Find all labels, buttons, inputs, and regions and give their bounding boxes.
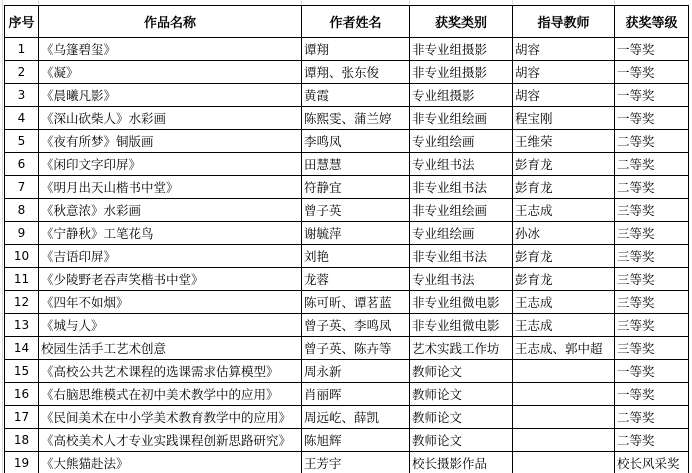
cell-no[interactable]: 19 xyxy=(5,452,39,473)
cell-teacher[interactable] xyxy=(513,429,615,452)
cell-award[interactable]: 二等奖 xyxy=(615,176,689,199)
table-row: 11《少陵野老吞声笑楷书中堂》龙蓉专业组书法彭育龙三等奖 xyxy=(5,268,689,291)
cell-author[interactable]: 谢毓萍 xyxy=(302,222,410,245)
cell-work[interactable]: 《闲印文字印屏》 xyxy=(39,153,302,176)
cell-teacher[interactable]: 胡容 xyxy=(513,38,615,61)
cell-work[interactable]: 《四年不如烟》 xyxy=(39,291,302,314)
cell-no[interactable]: 14 xyxy=(5,337,39,360)
cell-work[interactable]: 《民间美术在中小学美术教育教学中的应用》 xyxy=(39,406,302,429)
cell-no[interactable]: 13 xyxy=(5,314,39,337)
cell-work[interactable]: 《明月出天山楷书中堂》 xyxy=(39,176,302,199)
header-row: 序号 作品名称 作者姓名 获奖类别 指导教师 获奖等级 xyxy=(5,6,689,38)
cell-teacher[interactable]: 王志成 xyxy=(513,199,615,222)
table-row: 17《民间美术在中小学美术教育教学中的应用》周远屹、薛凯教师论文二等奖 xyxy=(5,406,689,429)
header-category[interactable]: 获奖类别 xyxy=(410,6,513,38)
cell-work[interactable]: 《高校公共艺术课程的选课需求估算模型》 xyxy=(39,360,302,383)
table-row: 14校园生活手工艺术创意曾子英、陈卉等艺术实践工作坊王志成、郭中超三等奖 xyxy=(5,337,689,360)
cell-author[interactable]: 陈可昕、谭茗蓝 xyxy=(302,291,410,314)
cell-award[interactable]: 三等奖 xyxy=(615,222,689,245)
cell-no[interactable]: 17 xyxy=(5,406,39,429)
cell-no[interactable]: 6 xyxy=(5,153,39,176)
cell-category[interactable]: 非专业组摄影 xyxy=(410,61,513,84)
cell-no[interactable]: 7 xyxy=(5,176,39,199)
header-teacher[interactable]: 指导教师 xyxy=(513,6,615,38)
cell-teacher[interactable] xyxy=(513,360,615,383)
table-row: 7《明月出天山楷书中堂》符静宜非专业组书法彭育龙二等奖 xyxy=(5,176,689,199)
cell-category[interactable]: 专业组绘画 xyxy=(410,130,513,153)
cell-category[interactable]: 非专业组微电影 xyxy=(410,291,513,314)
cell-award[interactable]: 一等奖 xyxy=(615,360,689,383)
cell-no[interactable]: 10 xyxy=(5,245,39,268)
table-row: 16《右脑思维模式在初中美术教学中的应用》肖丽晖教师论文一等奖 xyxy=(5,383,689,406)
cell-award[interactable]: 二等奖 xyxy=(615,153,689,176)
cell-author[interactable]: 谭翔、张东俊 xyxy=(302,61,410,84)
cell-category[interactable]: 专业组书法 xyxy=(410,268,513,291)
cell-category[interactable]: 专业组绘画 xyxy=(410,222,513,245)
cell-author[interactable]: 周远屹、薛凯 xyxy=(302,406,410,429)
cell-author[interactable]: 肖丽晖 xyxy=(302,383,410,406)
cell-category[interactable]: 教师论文 xyxy=(410,360,513,383)
cell-author[interactable]: 谭翔 xyxy=(302,38,410,61)
cell-award[interactable]: 二等奖 xyxy=(615,429,689,452)
cell-work[interactable]: 《秋意浓》水彩画 xyxy=(39,199,302,222)
cell-work[interactable]: 《宁静秋》工笔花鸟 xyxy=(39,222,302,245)
cell-author[interactable]: 田慧慧 xyxy=(302,153,410,176)
table-row: 5《夜有所梦》铜版画李鸣凤专业组绘画王维荣二等奖 xyxy=(5,130,689,153)
cell-category[interactable]: 非专业组书法 xyxy=(410,245,513,268)
cell-no[interactable]: 15 xyxy=(5,360,39,383)
cell-author[interactable]: 符静宜 xyxy=(302,176,410,199)
cell-work[interactable]: 《晨曦凡影》 xyxy=(39,84,302,107)
cell-category[interactable]: 非专业组微电影 xyxy=(410,314,513,337)
table-row: 4《深山砍柴人》水彩画陈熙雯、蒲兰婷非专业组绘画程宝刚一等奖 xyxy=(5,107,689,130)
cell-no[interactable]: 3 xyxy=(5,84,39,107)
table-row: 19《大熊猫赴法》王芳宇校长摄影作品校长风采奖 xyxy=(5,452,689,473)
cell-award[interactable]: 三等奖 xyxy=(615,337,689,360)
cell-author[interactable]: 龙蓉 xyxy=(302,268,410,291)
cell-author[interactable]: 陈熙雯、蒲兰婷 xyxy=(302,107,410,130)
cell-author[interactable]: 王芳宇 xyxy=(302,452,410,473)
table-row: 3《晨曦凡影》黄霞专业组摄影胡容一等奖 xyxy=(5,84,689,107)
cell-award[interactable]: 二等奖 xyxy=(615,406,689,429)
cell-award[interactable]: 一等奖 xyxy=(615,61,689,84)
cell-work[interactable]: 《乌篷碧玺》 xyxy=(39,38,302,61)
cell-author[interactable]: 李鸣凤 xyxy=(302,130,410,153)
cell-no[interactable]: 12 xyxy=(5,291,39,314)
cell-no[interactable]: 2 xyxy=(5,61,39,84)
cell-award[interactable]: 二等奖 xyxy=(615,130,689,153)
table-row: 2《凝》谭翔、张东俊非专业组摄影胡容一等奖 xyxy=(5,61,689,84)
cell-teacher[interactable]: 彭育龙 xyxy=(513,176,615,199)
cell-category[interactable]: 校长摄影作品 xyxy=(410,452,513,473)
cell-teacher[interactable] xyxy=(513,383,615,406)
cell-teacher[interactable]: 胡容 xyxy=(513,84,615,107)
cell-category[interactable]: 教师论文 xyxy=(410,383,513,406)
cell-author[interactable]: 曾子英 xyxy=(302,199,410,222)
cell-author[interactable]: 黄霞 xyxy=(302,84,410,107)
cell-category[interactable]: 艺术实践工作坊 xyxy=(410,337,513,360)
award-table: 序号 作品名称 作者姓名 获奖类别 指导教师 获奖等级 1《乌篷碧玺》谭翔非专业… xyxy=(4,5,689,473)
table-row: 15《高校公共艺术课程的选课需求估算模型》周永新教师论文一等奖 xyxy=(5,360,689,383)
cell-award[interactable]: 三等奖 xyxy=(615,314,689,337)
cell-no[interactable]: 9 xyxy=(5,222,39,245)
cell-category[interactable]: 非专业组绘画 xyxy=(410,107,513,130)
table-row: 12《四年不如烟》陈可昕、谭茗蓝非专业组微电影王志成三等奖 xyxy=(5,291,689,314)
cell-award[interactable]: 一等奖 xyxy=(615,383,689,406)
cell-award[interactable]: 校长风采奖 xyxy=(615,452,689,473)
cell-category[interactable]: 非专业组书法 xyxy=(410,176,513,199)
table-row: 10《吉语印屏》刘艳非专业组书法彭育龙三等奖 xyxy=(5,245,689,268)
cell-work[interactable]: 《少陵野老吞声笑楷书中堂》 xyxy=(39,268,302,291)
cell-teacher[interactable]: 王志成 xyxy=(513,291,615,314)
cell-work[interactable]: 《右脑思维模式在初中美术教学中的应用》 xyxy=(39,383,302,406)
cell-category[interactable]: 专业组书法 xyxy=(410,153,513,176)
cell-category[interactable]: 非专业组摄影 xyxy=(410,38,513,61)
cell-no[interactable]: 16 xyxy=(5,383,39,406)
cell-category[interactable]: 非专业组绘画 xyxy=(410,199,513,222)
header-award[interactable]: 获奖等级 xyxy=(615,6,689,38)
cell-work[interactable]: 《城与人》 xyxy=(39,314,302,337)
cell-teacher[interactable]: 彭育龙 xyxy=(513,245,615,268)
cell-author[interactable]: 陈旭辉 xyxy=(302,429,410,452)
cell-no[interactable]: 8 xyxy=(5,199,39,222)
cell-no[interactable]: 11 xyxy=(5,268,39,291)
cell-author[interactable]: 刘艳 xyxy=(302,245,410,268)
cell-teacher[interactable]: 程宝刚 xyxy=(513,107,615,130)
cell-work[interactable]: 《凝》 xyxy=(39,61,302,84)
cell-teacher[interactable] xyxy=(513,406,615,429)
cell-no[interactable]: 5 xyxy=(5,130,39,153)
cell-category[interactable]: 专业组摄影 xyxy=(410,84,513,107)
cell-award[interactable]: 三等奖 xyxy=(615,268,689,291)
cell-award[interactable]: 三等奖 xyxy=(615,199,689,222)
table-row: 6《闲印文字印屏》田慧慧专业组书法彭育龙二等奖 xyxy=(5,153,689,176)
cell-teacher[interactable]: 胡容 xyxy=(513,61,615,84)
header-author[interactable]: 作者姓名 xyxy=(302,6,410,38)
header-work[interactable]: 作品名称 xyxy=(39,6,302,38)
cell-work[interactable]: 《吉语印屏》 xyxy=(39,245,302,268)
cell-author[interactable]: 周永新 xyxy=(302,360,410,383)
table-row: 9《宁静秋》工笔花鸟谢毓萍专业组绘画孙冰三等奖 xyxy=(5,222,689,245)
cell-teacher[interactable] xyxy=(513,452,615,473)
cell-teacher[interactable]: 彭育龙 xyxy=(513,153,615,176)
cell-work[interactable]: 《高校美术人才专业实践课程创新思路研究》 xyxy=(39,429,302,452)
cell-award[interactable]: 一等奖 xyxy=(615,38,689,61)
table-row: 13《城与人》曾子英、李鸣凤非专业组微电影王志成三等奖 xyxy=(5,314,689,337)
cell-teacher[interactable]: 孙冰 xyxy=(513,222,615,245)
cell-work[interactable]: 校园生活手工艺术创意 xyxy=(39,337,302,360)
header-no[interactable]: 序号 xyxy=(5,6,39,38)
cell-author[interactable]: 曾子英、陈卉等 xyxy=(302,337,410,360)
cell-no[interactable]: 18 xyxy=(5,429,39,452)
cell-category[interactable]: 教师论文 xyxy=(410,406,513,429)
cell-category[interactable]: 教师论文 xyxy=(410,429,513,452)
cell-award[interactable]: 一等奖 xyxy=(615,107,689,130)
cell-teacher[interactable]: 王志成、郭中超 xyxy=(513,337,615,360)
cell-work[interactable]: 《深山砍柴人》水彩画 xyxy=(39,107,302,130)
cell-teacher[interactable]: 彭育龙 xyxy=(513,268,615,291)
cell-work[interactable]: 《大熊猫赴法》 xyxy=(39,452,302,473)
table-row: 1《乌篷碧玺》谭翔非专业组摄影胡容一等奖 xyxy=(5,38,689,61)
table-row: 18《高校美术人才专业实践课程创新思路研究》陈旭辉教师论文二等奖 xyxy=(5,429,689,452)
cell-award[interactable]: 三等奖 xyxy=(615,245,689,268)
cell-teacher[interactable]: 王志成 xyxy=(513,314,615,337)
cell-author[interactable]: 曾子英、李鸣凤 xyxy=(302,314,410,337)
cell-teacher[interactable]: 王维荣 xyxy=(513,130,615,153)
cell-work[interactable]: 《夜有所梦》铜版画 xyxy=(39,130,302,153)
cell-no[interactable]: 4 xyxy=(5,107,39,130)
cell-award[interactable]: 一等奖 xyxy=(615,84,689,107)
cell-no[interactable]: 1 xyxy=(5,38,39,61)
table-row: 8《秋意浓》水彩画曾子英非专业组绘画王志成三等奖 xyxy=(5,199,689,222)
cell-award[interactable]: 三等奖 xyxy=(615,291,689,314)
